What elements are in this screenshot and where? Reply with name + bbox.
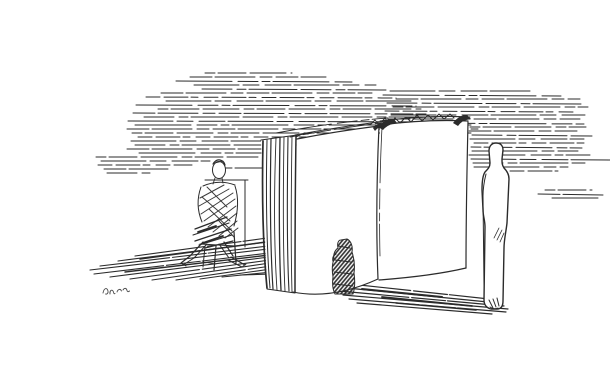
cartoon-stage: Black-and-white ink cartoon: a sketchy f… [40,16,610,370]
book-right-page [379,121,468,281]
open-book [261,114,471,294]
cartoon-canvas [40,16,610,370]
seated-figure-head [213,162,226,179]
